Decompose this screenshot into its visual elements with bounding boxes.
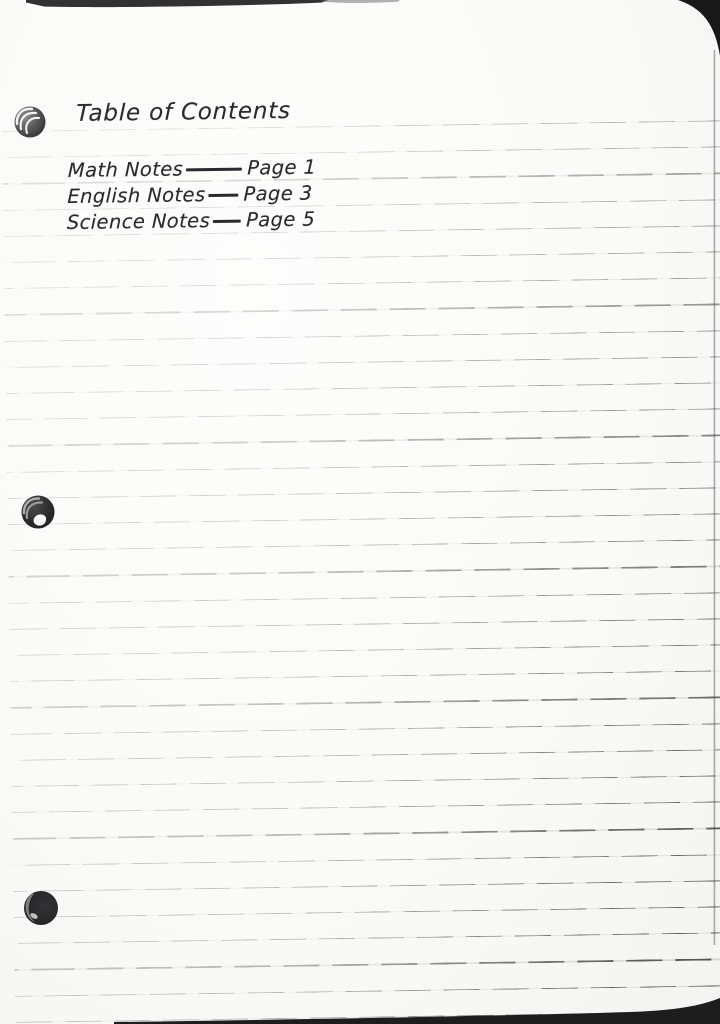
toc-subject: Science Notes — [67, 209, 211, 234]
toc-subject: Math Notes — [68, 157, 184, 182]
toc-page-ref: Page 1 — [247, 155, 317, 179]
notebook-page: Table of Contents Math Notes Page 1 Engl… — [0, 0, 720, 1024]
handwritten-content: Table of Contents Math Notes Page 1 Engl… — [0, 0, 720, 1024]
dash-connector — [186, 168, 242, 171]
dash-connector — [208, 194, 238, 197]
toc-entry-science: Science Notes Page 5 — [67, 206, 316, 235]
toc-list: Math Notes Page 1 English Notes Page 3 S… — [67, 154, 317, 235]
dash-connector — [213, 220, 241, 223]
toc-page-ref: Page 3 — [243, 181, 313, 205]
toc-entry-math: Math Notes Page 1 — [68, 154, 317, 183]
toc-subject: English Notes — [67, 183, 206, 208]
toc-page-ref: Page 5 — [246, 207, 316, 231]
page-title: Table of Contents — [76, 98, 291, 127]
toc-entry-english: English Notes Page 3 — [67, 180, 316, 209]
